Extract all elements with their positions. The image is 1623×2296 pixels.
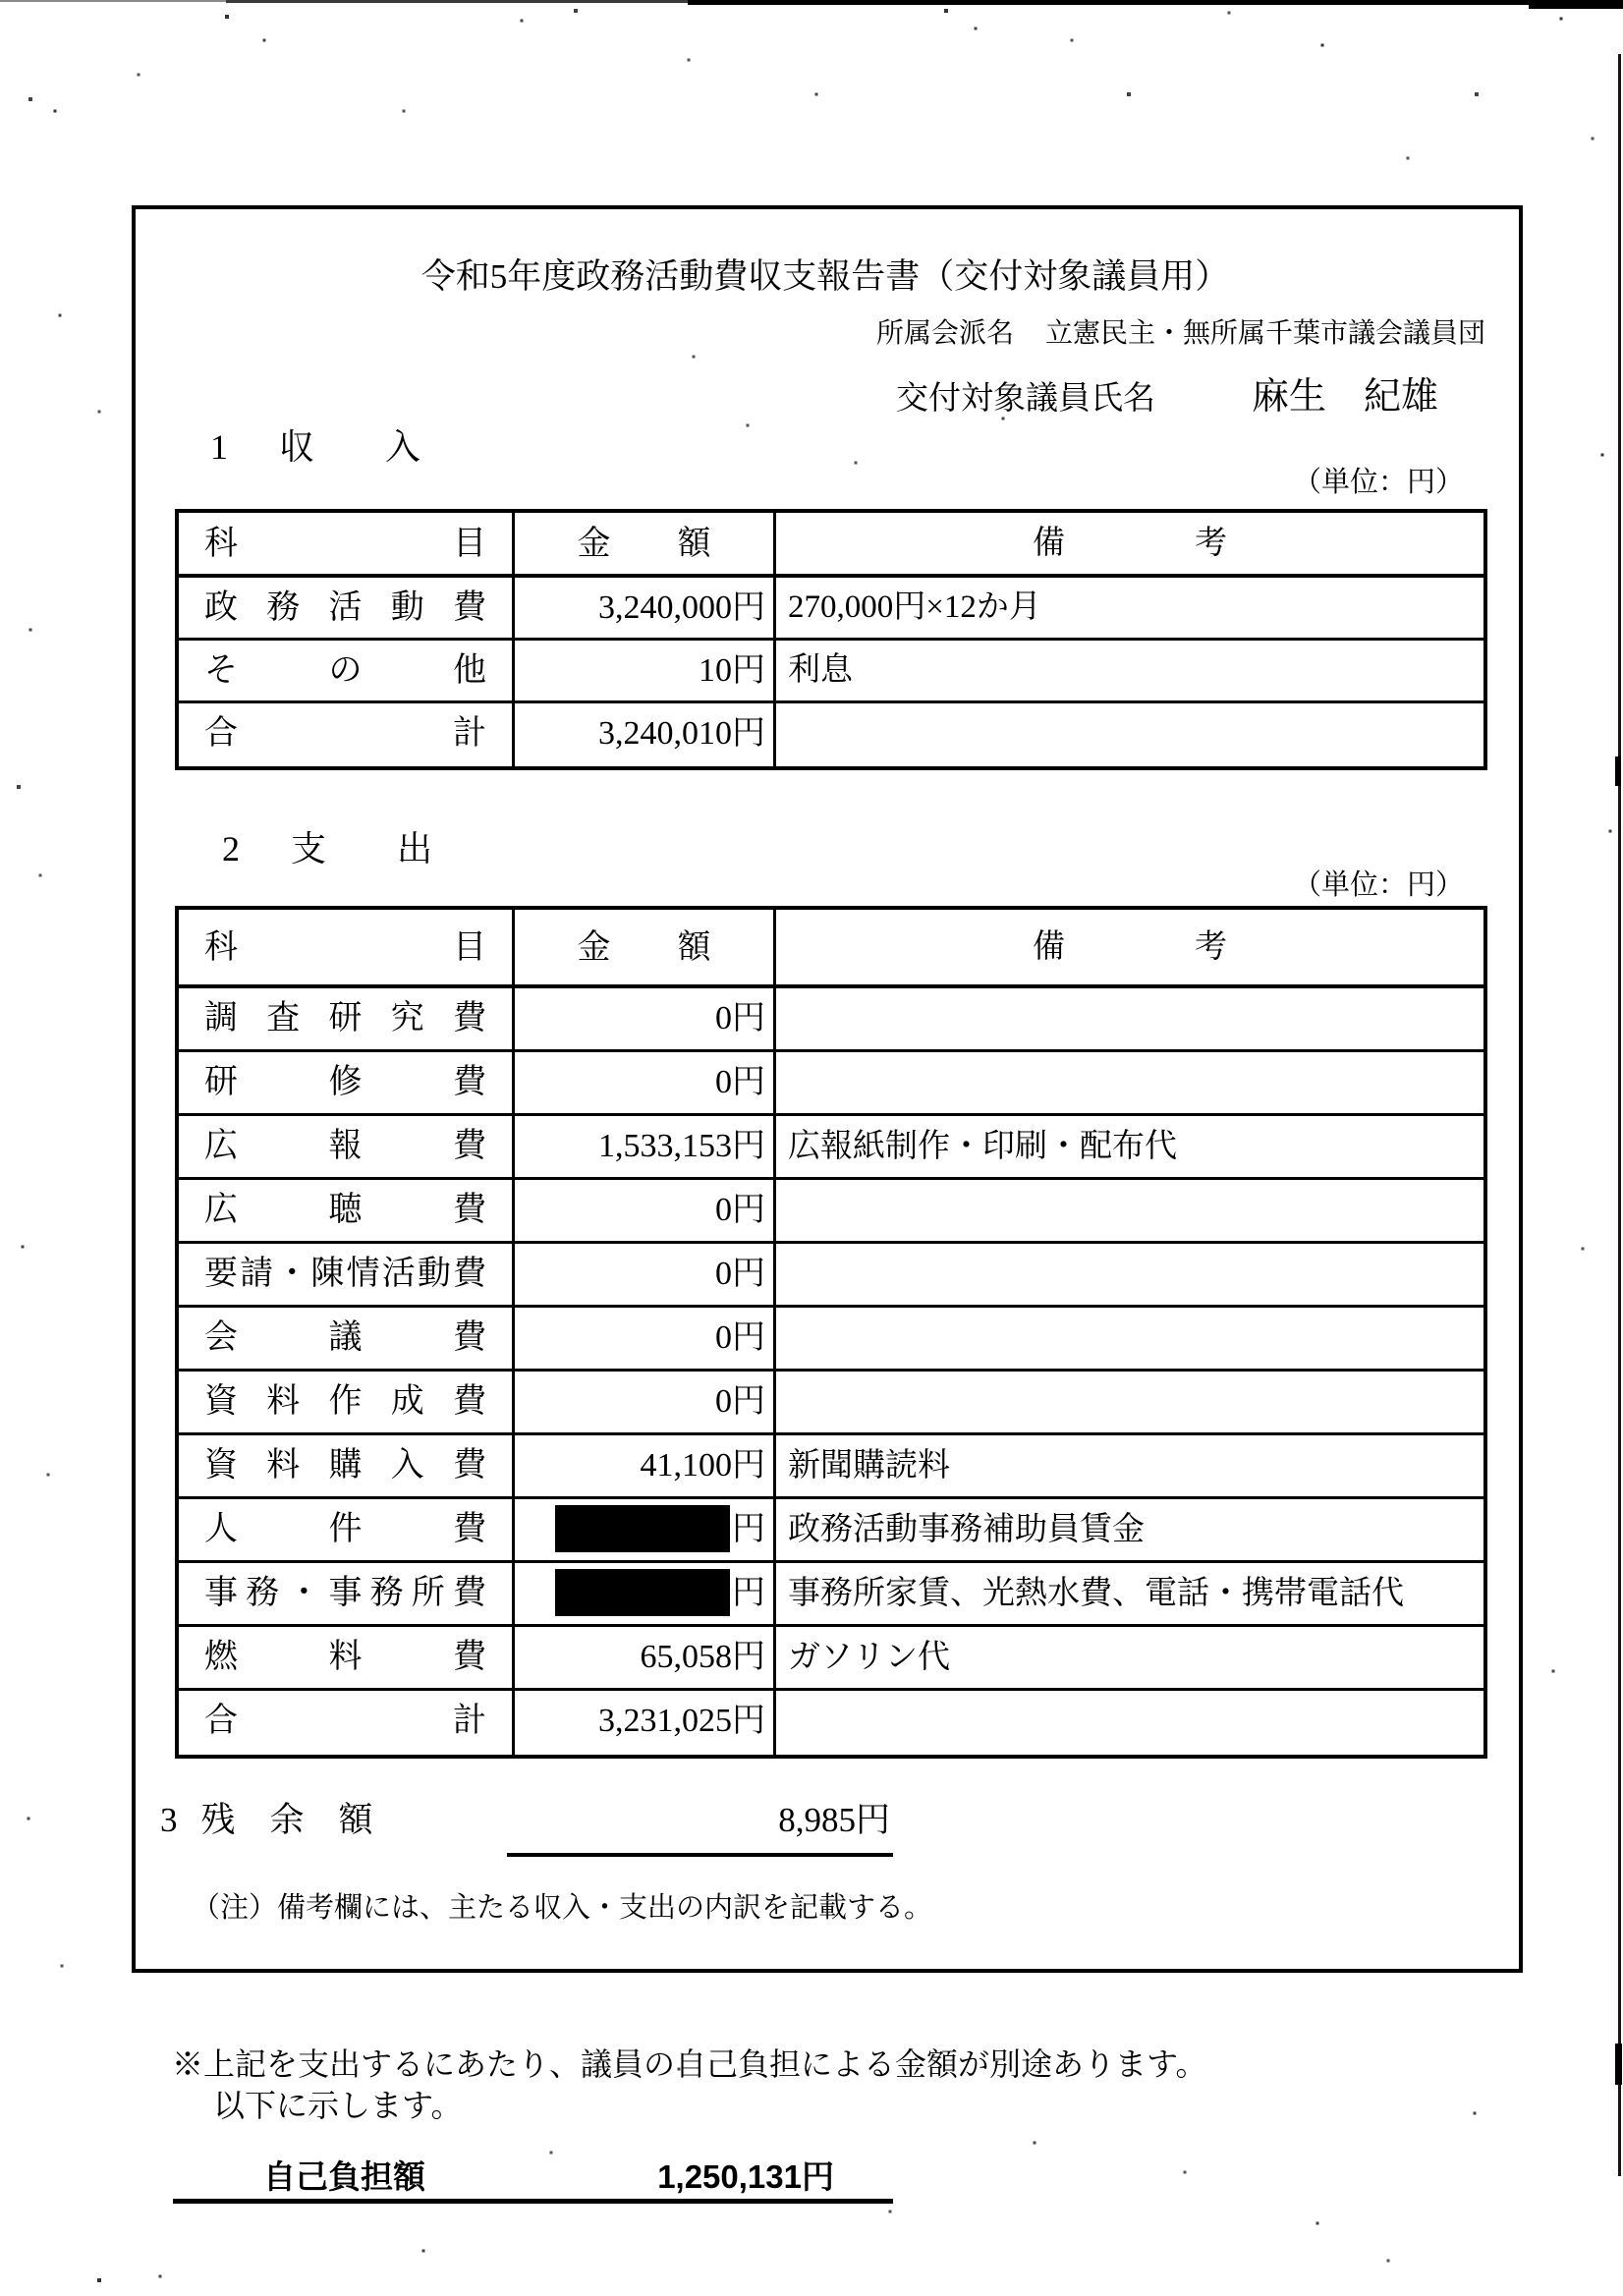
expenditure-table: 科目 金 額 備 考 調査研究費0円研修費0円広報費1,533,153円広報紙制… [175, 906, 1487, 1759]
appendix-line1: ※上記を支出するにあたり、議員の自己負担による金額が別途あります。 [172, 2044, 1206, 2085]
item-cell: 政務活動費 [179, 578, 515, 638]
amount-cell: 1,533,153円 [515, 1116, 776, 1177]
appendix-line2: 以下に示します。 [213, 2085, 1206, 2126]
income-table: 科目 金 額 備 考 政務活動費3,240,000円270,000円×12か月そ… [175, 509, 1487, 770]
income-section-title: 収 入 [279, 427, 420, 467]
remarks-cell [776, 988, 1483, 1049]
remarks-cell [776, 1308, 1483, 1369]
amount-cell: 0円 [515, 1372, 776, 1432]
income-section-number: 1 [210, 427, 228, 467]
amount-cell: 0円 [515, 1244, 776, 1305]
remarks-cell [776, 1180, 1483, 1241]
member-label: 交付対象議員氏名 [896, 381, 1155, 417]
member-name: 麻生 紀雄 [1252, 376, 1438, 418]
table-row: 人件費円政務活動事務補助員賃金 [179, 1499, 1483, 1563]
income-unit-note: （単位：円） [1293, 466, 1464, 499]
document-title: 令和5年度政務活動費収支報告書（交付対象議員用） [132, 257, 1519, 297]
table-row: 広聴費0円 [179, 1180, 1483, 1244]
header-remarks-cell: 備 考 [776, 513, 1483, 574]
amount-cell: 0円 [515, 1308, 776, 1369]
table-row: 調査研究費0円 [179, 988, 1483, 1052]
item-cell: 資料作成費 [179, 1372, 515, 1432]
amount-cell: 3,240,000円 [515, 578, 776, 638]
table-row: 資料購入費41,100円新聞購読料 [179, 1435, 1483, 1499]
amount-cell: 3,240,010円 [515, 703, 776, 766]
scan-edge-artifact [688, 0, 1623, 5]
expenditure-section-heading: 2支 出 [222, 828, 432, 869]
item-cell: 広報費 [179, 1116, 515, 1177]
item-cell: 燃料費 [179, 1627, 515, 1688]
remarks-cell: 270,000円×12か月 [776, 578, 1483, 638]
document-note: （注）備考欄には、主たる収入・支出の内訳を記載する。 [192, 1890, 932, 1926]
remarks-cell: 広報紙制作・印刷・配布代 [776, 1116, 1483, 1177]
scan-noise-specks [0, 0, 2, 2]
remarks-cell [776, 1691, 1483, 1755]
remarks-cell [776, 703, 1483, 766]
item-cell: 会議費 [179, 1308, 515, 1369]
item-cell: その他 [179, 641, 515, 700]
remarks-cell: ガソリン代 [776, 1627, 1483, 1688]
expenditure-table-body: 調査研究費0円研修費0円広報費1,533,153円広報紙制作・印刷・配布代広聴費… [179, 988, 1483, 1755]
table-row: 燃料費65,058円ガソリン代 [179, 1627, 1483, 1691]
item-cell: 広聴費 [179, 1180, 515, 1241]
selfpay-label: 自己負担額 [263, 2157, 425, 2197]
item-cell: 合計 [179, 703, 515, 766]
table-row: 会議費0円 [179, 1308, 1483, 1372]
item-cell: 事務・事務所費 [179, 1563, 515, 1624]
redaction-box [555, 1569, 730, 1616]
selfpay-underline [173, 2199, 893, 2204]
amount-cell: 0円 [515, 1180, 776, 1241]
item-cell: 要請・陳情活動費 [179, 1244, 515, 1305]
balance-section-number: 3 [160, 1801, 178, 1839]
faction-label: 所属会派名 [876, 318, 1014, 349]
table-row: 合計3,240,010円 [179, 703, 1483, 766]
expenditure-unit-note: （単位：円） [1293, 868, 1464, 902]
table-row: 広報費1,533,153円広報紙制作・印刷・配布代 [179, 1116, 1483, 1180]
appendix-note: ※上記を支出するにあたり、議員の自己負担による金額が別途あります。 以下に示しま… [172, 2044, 1206, 2126]
member-line: 交付対象議員氏名麻生 紀雄 [896, 377, 1438, 419]
table-row: 政務活動費3,240,000円270,000円×12か月 [179, 578, 1483, 641]
amount-cell: 0円 [515, 1052, 776, 1113]
amount-cell: 円 [515, 1563, 776, 1624]
amount-cell: 3,231,025円 [515, 1691, 776, 1755]
header-remarks-cell: 備 考 [776, 910, 1483, 984]
scan-edge-artifact [1615, 756, 1621, 786]
income-table-header-row: 科目 金 額 備 考 [179, 513, 1483, 578]
remarks-cell: 事務所家賃、光熱水費、電話・携帯電話代 [776, 1563, 1483, 1624]
income-table-body: 政務活動費3,240,000円270,000円×12か月その他10円利息合計3,… [179, 578, 1483, 766]
scan-edge-artifact [1529, 0, 1623, 9]
item-cell: 資料購入費 [179, 1435, 515, 1496]
table-row: 事務・事務所費円事務所家賃、光熱水費、電話・携帯電話代 [179, 1563, 1483, 1627]
item-cell: 人件費 [179, 1499, 515, 1560]
header-item-cell: 科目 [179, 910, 515, 984]
expenditure-section-title: 支 出 [291, 829, 432, 868]
balance-underline [507, 1853, 893, 1857]
scan-edge-artifact [1615, 2044, 1622, 2085]
amount-cell: 65,058円 [515, 1627, 776, 1688]
remarks-cell: 政務活動事務補助員賃金 [776, 1499, 1483, 1560]
income-section-heading: 1収 入 [210, 426, 420, 468]
faction-name: 立憲民主・無所属千葉市議会議員団 [1045, 318, 1485, 349]
table-row: 研修費0円 [179, 1052, 1483, 1116]
header-amount-cell: 金 額 [515, 513, 776, 574]
balance-amount: 8,985円 [507, 1800, 890, 1841]
amount-cell: 10円 [515, 641, 776, 700]
item-cell: 調査研究費 [179, 988, 515, 1049]
table-row: その他10円利息 [179, 641, 1483, 703]
table-row: 資料作成費0円 [179, 1372, 1483, 1435]
amount-cell: 41,100円 [515, 1435, 776, 1496]
scan-edge-artifact [1618, 54, 1621, 2176]
remarks-cell [776, 1372, 1483, 1432]
faction-line: 所属会派名立憲民主・無所属千葉市議会議員団 [876, 318, 1485, 350]
amount-cell: 0円 [515, 988, 776, 1049]
scanned-report-page: 令和5年度政務活動費収支報告書（交付対象議員用） 所属会派名立憲民主・無所属千葉… [0, 0, 1623, 2296]
remarks-cell [776, 1244, 1483, 1305]
table-row: 要請・陳情活動費0円 [179, 1244, 1483, 1308]
balance-label: 残 余 額 [201, 1801, 373, 1839]
balance-heading: 3残 余 額 [160, 1800, 373, 1841]
amount-cell: 円 [515, 1499, 776, 1560]
selfpay-amount: 1,250,131円 [491, 2157, 834, 2197]
remarks-cell: 利息 [776, 641, 1483, 700]
remarks-cell [776, 1052, 1483, 1113]
item-cell: 合計 [179, 1691, 515, 1755]
header-amount-cell: 金 額 [515, 910, 776, 984]
remarks-cell: 新聞購読料 [776, 1435, 1483, 1496]
redaction-box [555, 1505, 730, 1552]
item-cell: 研修費 [179, 1052, 515, 1113]
header-item-cell: 科目 [179, 513, 515, 574]
expenditure-section-number: 2 [222, 829, 240, 868]
table-row: 合計3,231,025円 [179, 1691, 1483, 1755]
expenditure-table-header-row: 科目 金 額 備 考 [179, 910, 1483, 988]
